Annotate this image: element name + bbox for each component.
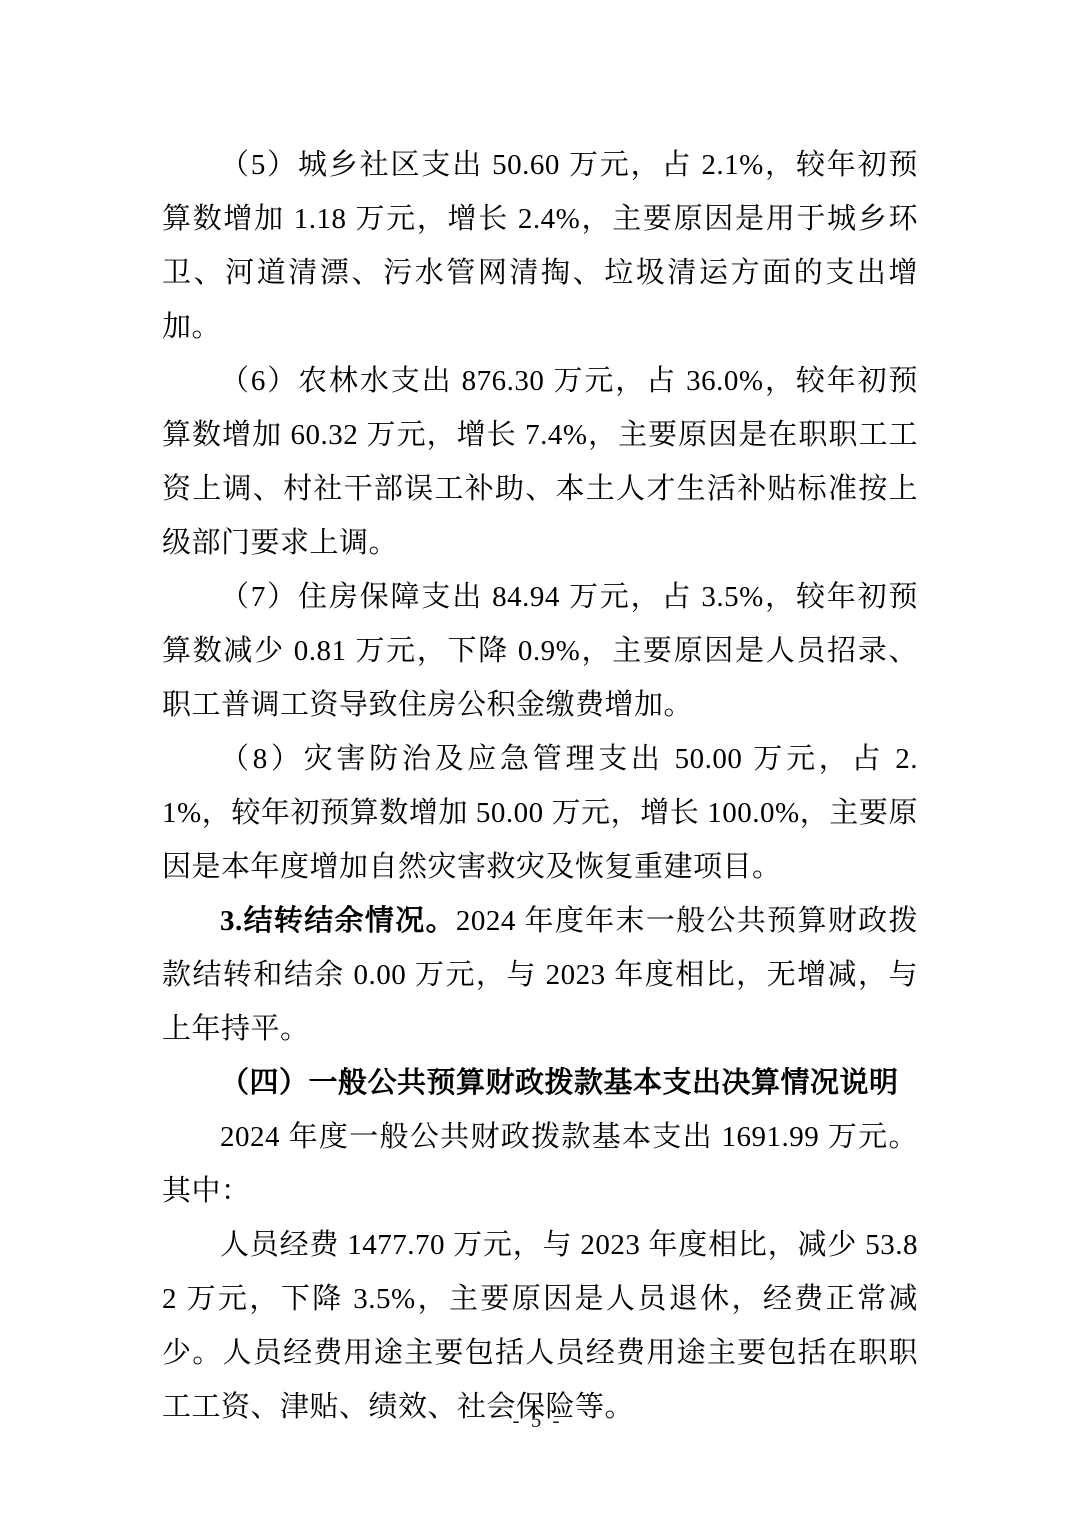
- para-8-disaster-prevention: （8）灾害防治及应急管理支出 50.00 万元，占 2.1%，较年初预算数增加 …: [162, 732, 918, 894]
- page-number: - 5 -: [0, 1408, 1075, 1433]
- bold-text-run: 3.结转结余情况。: [220, 905, 456, 937]
- text-run: 人员经费 1477.70 万元，与 2023 年度相比，减少 53.82 万元，…: [162, 1229, 918, 1423]
- para-personnel-expenses: 人员经费 1477.70 万元，与 2023 年度相比，减少 53.82 万元，…: [162, 1218, 918, 1434]
- para-basic-expenditure-total: 2024 年度一般公共财政拨款基本支出 1691.99 万元。其中：: [162, 1110, 918, 1218]
- text-run: （7）住房保障支出 84.94 万元，占 3.5%，较年初预算数减少 0.81 …: [162, 581, 918, 721]
- bold-text-run: （四）一般公共预算财政拨款基本支出决算情况说明: [220, 1067, 899, 1099]
- para-6-agriculture-forestry-water: （6）农林水支出 876.30 万元，占 36.0%，较年初预算数增加 60.3…: [162, 354, 918, 570]
- text-run: （6）农林水支出 876.30 万元，占 36.0%，较年初预算数增加 60.3…: [162, 365, 918, 559]
- text-run: 2024 年度一般公共财政拨款基本支出 1691.99 万元。其中：: [162, 1121, 918, 1207]
- para-carryover-balance: 3.结转结余情况。2024 年度年末一般公共预算财政拨款结转和结余 0.00 万…: [162, 894, 918, 1056]
- text-run: （5）城乡社区支出 50.60 万元，占 2.1%，较年初预算数增加 1.18 …: [162, 149, 918, 343]
- document-page: （5）城乡社区支出 50.60 万元，占 2.1%，较年初预算数增加 1.18 …: [0, 0, 1075, 1520]
- para-7-housing-security: （7）住房保障支出 84.94 万元，占 3.5%，较年初预算数减少 0.81 …: [162, 570, 918, 732]
- heading-section-4-basic-expenditure: （四）一般公共预算财政拨款基本支出决算情况说明: [162, 1056, 918, 1110]
- document-content: （5）城乡社区支出 50.60 万元，占 2.1%，较年初预算数增加 1.18 …: [162, 138, 918, 1434]
- text-run: （8）灾害防治及应急管理支出 50.00 万元，占 2.1%，较年初预算数增加 …: [162, 743, 918, 883]
- para-5-urban-rural-community: （5）城乡社区支出 50.60 万元，占 2.1%，较年初预算数增加 1.18 …: [162, 138, 918, 354]
